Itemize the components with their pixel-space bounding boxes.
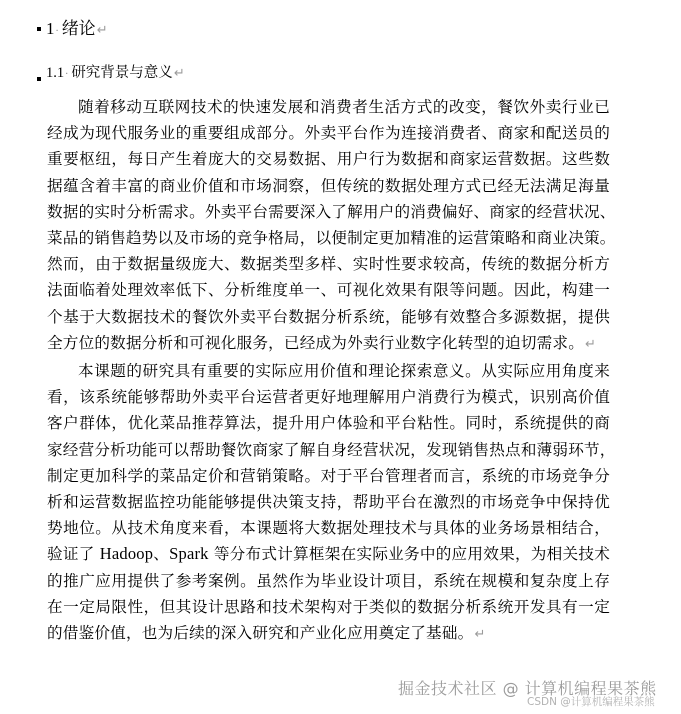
- heading-title: 绪论: [62, 19, 96, 39]
- text-line: 随着移动互联网技术的快速发展和消费者生活方式的改变，餐饮外卖行业已: [47, 94, 610, 120]
- juejin-watermark: 掘金技术社区 @ 计算机编程果茶熊: [398, 676, 657, 699]
- space-marker-icon: ·: [65, 69, 68, 80]
- text-line-content: 的借鉴价值，也为后续的深入研究和产业化应用奠定了基础。: [47, 624, 473, 642]
- text-line: 经成为现代服务业的重要组成部分。外卖平台作为连接消费者、商家和配送员的: [47, 120, 610, 146]
- text-line: 数据的实时分析需求。外卖平台需要深入了解用户的消费偏好、商家的经营状况、: [47, 199, 610, 225]
- heading-number: 1: [46, 19, 55, 38]
- text-line: 法面临着处理效率低下、分析维度单一、可视化效果有限等问题。因此，构建一: [47, 277, 610, 303]
- text-line-last: 全方位的数据分析和可视化服务，已经成为外卖行业数字化转型的迫切需求。↵: [47, 330, 610, 358]
- paragraph-mark-icon: ↵: [174, 66, 185, 81]
- text-line: 制定更加科学的菜品定价和营销策略。对于平台管理者而言，系统的市场竞争分: [47, 463, 610, 489]
- heading-number: 1.1: [46, 65, 64, 81]
- text-line: 家经营分析功能可以帮助餐饮商家了解自身经营状况，发现销售热点和薄弱环节，: [47, 437, 610, 463]
- paragraph-significance[interactable]: 本课题的研究具有重要的实际应用价值和理论探索意义。从实际应用角度来 看，该系统能…: [47, 358, 610, 648]
- text-line: 菜品的销售趋势以及市场的竞争格局，以便制定更加精准的运营策略和商业决策。: [47, 225, 610, 251]
- space-marker-icon: ·: [56, 26, 59, 37]
- outline-bullet-icon: [37, 27, 41, 31]
- heading-section-1-1[interactable]: 1.1·研究背景与意义↵: [37, 62, 185, 86]
- text-line: 势地位。从技术角度来看，本课题将大数据处理技术与具体的业务场景相结合，: [47, 515, 610, 541]
- text-line-content: 全方位的数据分析和可视化服务，已经成为外卖行业数字化转型的迫切需求。: [47, 334, 584, 352]
- text-line: 客户群体，优化菜品推荐算法，提升用户体验和平台粘性。同时，系统提供的商: [47, 410, 610, 436]
- paragraph-mark-icon: ↵: [585, 337, 596, 352]
- outline-bullet-icon: [37, 77, 41, 81]
- body-text[interactable]: 随着移动互联网技术的快速发展和消费者生活方式的改变，餐饮外卖行业已 经成为现代服…: [47, 94, 610, 648]
- text-line: 本课题的研究具有重要的实际应用价值和理论探索意义。从实际应用角度来: [47, 358, 610, 384]
- text-line: 据蕴含着丰富的商业价值和市场洞察，但传统的数据处理方式已经无法满足海量: [47, 173, 610, 199]
- csdn-watermark: CSDN @计算机编程果茶熊: [527, 694, 655, 709]
- text-line: 的推广应用提供了参考案例。虽然作为毕业设计项目，系统在规模和复杂度上存: [47, 568, 610, 594]
- text-line: 在一定局限性，但其设计思路和技术架构对于类似的数据分析系统开发具有一定: [47, 594, 610, 620]
- heading-title: 研究背景与意义: [71, 65, 173, 81]
- text-line: 验证了 Hadoop、Spark 等分布式计算框架在实际业务中的应用效果，为相关…: [47, 541, 610, 567]
- paragraph-mark-icon: ↵: [474, 627, 485, 642]
- text-line-last: 的借鉴价值，也为后续的深入研究和产业化应用奠定了基础。↵: [47, 620, 610, 648]
- text-line: 看，该系统能够帮助外卖平台运营者更好地理解用户消费行为模式，识别高价值: [47, 384, 610, 410]
- paragraph-mark-icon: ↵: [97, 23, 108, 38]
- document-page: 1·绪论↵ 1.1·研究背景与意义↵ 随着移动互联网技术的快速发展和消费者生活方…: [0, 0, 681, 714]
- text-line: 个基于大数据技术的餐饮外卖平台数据分析系统，能够有效整合多源数据，提供: [47, 304, 610, 330]
- latin-term: Hadoop: [100, 544, 153, 563]
- text-line: 重要枢纽，每日产生着庞大的交易数据、用户行为数据和商家运营数据。这些数: [47, 146, 610, 172]
- text-line: 然而，由于数据量级庞大、数据类型多样、实时性要求较高，传统的数据分析方: [47, 251, 610, 277]
- paragraph-background[interactable]: 随着移动互联网技术的快速发展和消费者生活方式的改变，餐饮外卖行业已 经成为现代服…: [47, 94, 610, 358]
- text-line: 析和运营数据监控功能能够提供决策支持，帮助平台在激烈的市场竞争中保持优: [47, 489, 610, 515]
- latin-term: Spark: [169, 544, 209, 563]
- heading-chapter-1[interactable]: 1·绪论↵: [37, 17, 108, 44]
